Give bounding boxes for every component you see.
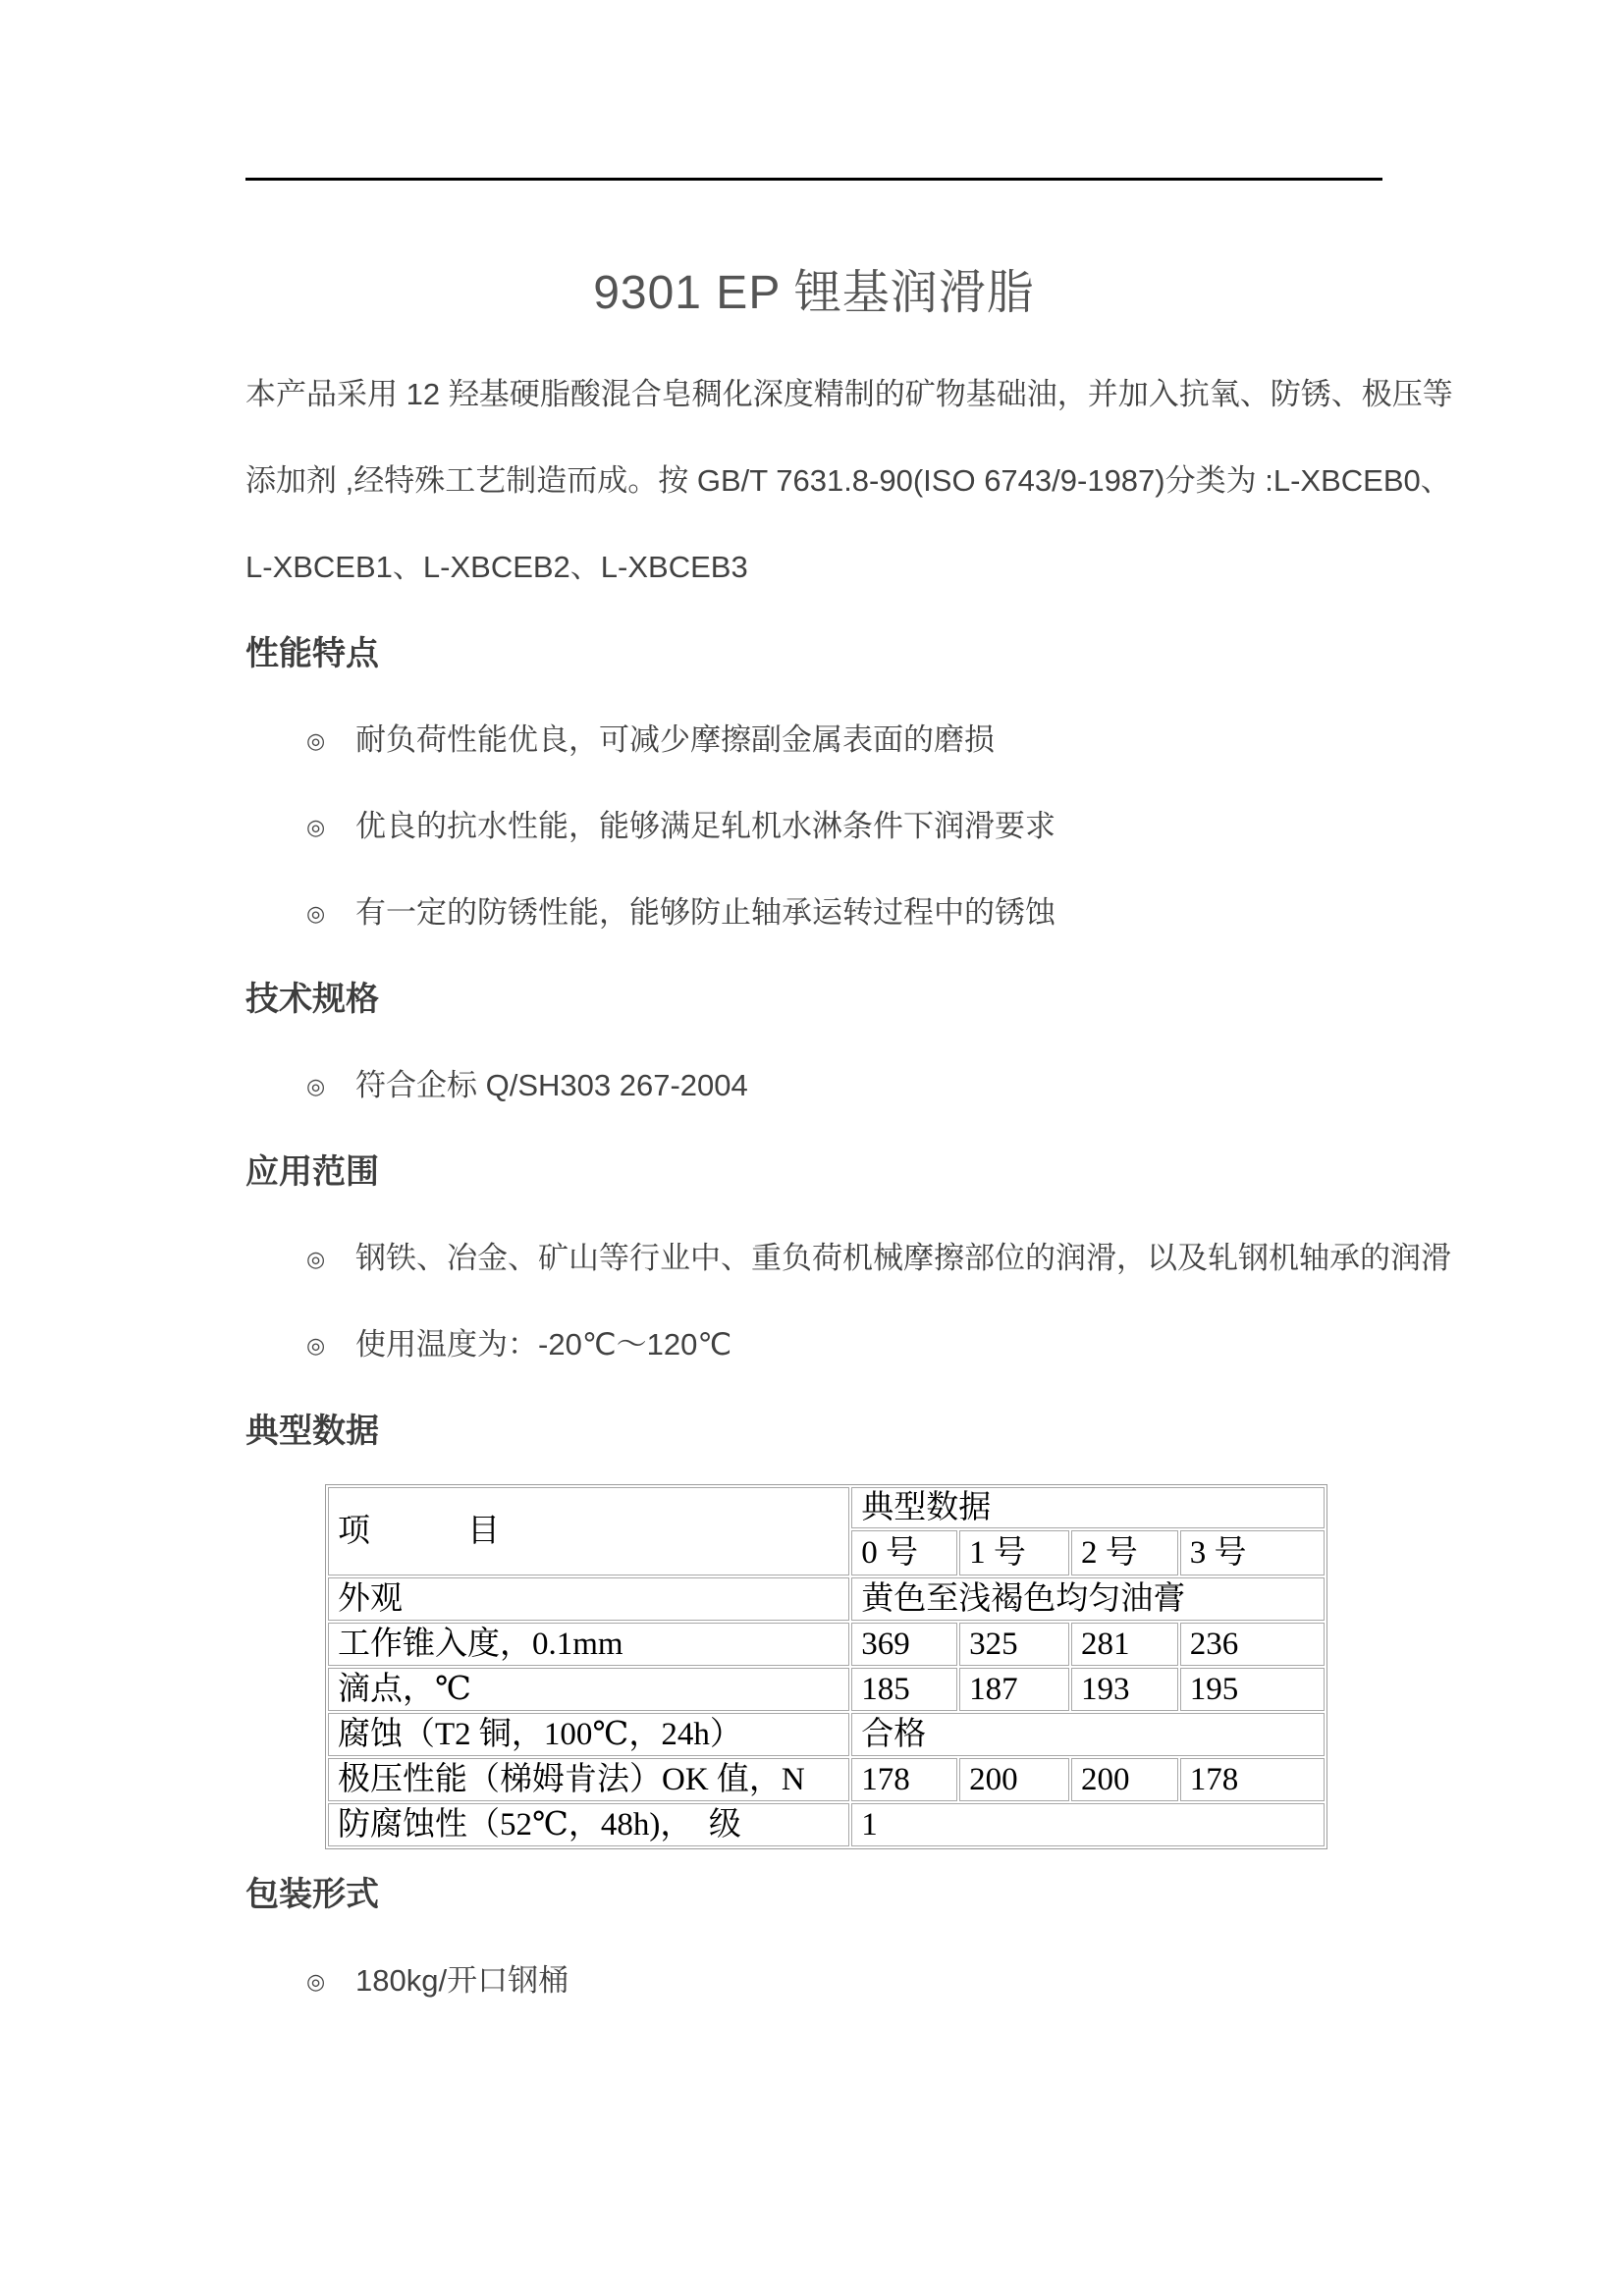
bullet-text: 优良的抗水性能，能够满足轧机水淋条件下润滑要求 xyxy=(355,809,1056,843)
row-label-cell: 滴点，℃ xyxy=(328,1668,849,1711)
span-value-cell: 1 xyxy=(851,1803,1325,1846)
bullet-text: 使用温度为：-20℃～120℃ xyxy=(355,1327,731,1362)
section-heading-spec: 技术规格 xyxy=(245,956,1382,1042)
typical-data-table: 项 目 典型数据 0 号 1 号 2 号 3 号 外观 黄色至浅褐色均匀油膏 工… xyxy=(325,1484,1327,1849)
group-header-cell: 典型数据 xyxy=(851,1487,1325,1528)
bullet-text: 有一定的防锈性能，能够防止轴承运转过程中的锈蚀 xyxy=(355,895,1056,930)
table-row: 外观 黄色至浅褐色均匀油膏 xyxy=(328,1577,1325,1621)
section-heading-typical-data: 典型数据 xyxy=(245,1388,1382,1474)
grade-header-cell: 1 号 xyxy=(959,1530,1069,1575)
grade-header-cell: 0 号 xyxy=(851,1530,957,1575)
section-heading-performance: 性能特点 xyxy=(245,611,1382,697)
bullet-item: ◎ 优良的抗水性能，能够满足轧机水淋条件下润滑要求 xyxy=(245,783,1382,870)
value-cell: 187 xyxy=(959,1668,1069,1711)
value-cell: 200 xyxy=(959,1758,1069,1801)
bullet-text: 符合企标 Q/SH303 267-2004 xyxy=(355,1068,748,1102)
value-cell: 325 xyxy=(959,1623,1069,1666)
value-cell: 178 xyxy=(851,1758,957,1801)
bullseye-bullet-icon: ◎ xyxy=(306,698,325,784)
table-row: 极压性能（梯姆肯法）OK 值，N 178 200 200 178 xyxy=(328,1758,1325,1801)
intro-paragraph: 本产品采用 12 羟基硬脂酸混合皂稠化深度精制的矿物基础油，并加入抗氧、防锈、极… xyxy=(245,351,1382,611)
bullet-item: ◎ 耐负荷性能优良，可减少摩擦副金属表面的磨损 xyxy=(245,697,1382,783)
header-rule xyxy=(245,178,1382,181)
item-header-cell: 项 目 xyxy=(328,1487,849,1575)
bullseye-bullet-icon: ◎ xyxy=(306,1303,325,1389)
row-label-cell: 外观 xyxy=(328,1577,849,1621)
document-page: 9301 EP 锂基润滑脂 本产品采用 12 羟基硬脂酸混合皂稠化深度精制的矿物… xyxy=(0,0,1624,2296)
value-cell: 178 xyxy=(1180,1758,1325,1801)
section-heading-application: 应用范围 xyxy=(245,1129,1382,1215)
table-row: 工作锥入度，0.1mm 369 325 281 236 xyxy=(328,1623,1325,1666)
row-label-cell: 工作锥入度，0.1mm xyxy=(328,1623,849,1666)
value-cell: 236 xyxy=(1180,1623,1325,1666)
value-cell: 195 xyxy=(1180,1668,1325,1711)
span-value-cell: 黄色至浅褐色均匀油膏 xyxy=(851,1577,1325,1621)
table-row: 腐蚀（T2 铜，100℃，24h） 合格 xyxy=(328,1713,1325,1756)
bullseye-bullet-icon: ◎ xyxy=(306,871,325,957)
bullet-text: 180kg/开口钢桶 xyxy=(355,1963,568,1998)
row-label-cell: 极压性能（梯姆肯法）OK 值，N xyxy=(328,1758,849,1801)
bullseye-bullet-icon: ◎ xyxy=(306,784,325,871)
bullseye-bullet-icon: ◎ xyxy=(306,1216,325,1303)
table-row: 防腐蚀性（52℃，48h)， 级 1 xyxy=(328,1803,1325,1846)
intro-line: 本产品采用 12 羟基硬脂酸混合皂稠化深度精制的矿物基础油，并加入抗氧、防锈、极… xyxy=(245,351,1382,438)
value-cell: 281 xyxy=(1071,1623,1178,1666)
value-cell: 193 xyxy=(1071,1668,1178,1711)
bullet-text: 钢铁、冶金、矿山等行业中、重负荷机械摩擦部位的润滑，以及轧钢机轴承的润滑 xyxy=(355,1241,1451,1275)
bullet-text: 耐负荷性能优良，可减少摩擦副金属表面的磨损 xyxy=(355,722,995,757)
bullet-item: ◎ 符合企标 Q/SH303 267-2004 xyxy=(245,1042,1382,1129)
document-content: 9301 EP 锂基润滑脂 本产品采用 12 羟基硬脂酸混合皂稠化深度精制的矿物… xyxy=(245,178,1382,2024)
bullet-item: ◎ 使用温度为：-20℃～120℃ xyxy=(245,1302,1382,1388)
intro-line: 添加剂 ,经特殊工艺制造而成。按 GB/T 7631.8-90(ISO 6743… xyxy=(245,438,1382,524)
value-cell: 200 xyxy=(1071,1758,1178,1801)
grade-header-cell: 2 号 xyxy=(1071,1530,1178,1575)
bullet-item: ◎ 钢铁、冶金、矿山等行业中、重负荷机械摩擦部位的润滑，以及轧钢机轴承的润滑 xyxy=(245,1215,1382,1302)
row-label-cell: 防腐蚀性（52℃，48h)， 级 xyxy=(328,1803,849,1846)
table-row: 滴点，℃ 185 187 193 195 xyxy=(328,1668,1325,1711)
value-cell: 369 xyxy=(851,1623,957,1666)
bullet-item: ◎ 有一定的防锈性能，能够防止轴承运转过程中的锈蚀 xyxy=(245,870,1382,956)
bullseye-bullet-icon: ◎ xyxy=(306,1043,325,1130)
value-cell: 185 xyxy=(851,1668,957,1711)
bullet-item: ◎ 180kg/开口钢桶 xyxy=(245,1938,1382,2024)
intro-line: L-XBCEB1、L-XBCEB2、L-XBCEB3 xyxy=(245,524,1382,611)
bullseye-bullet-icon: ◎ xyxy=(306,1939,325,2025)
section-heading-packaging: 包装形式 xyxy=(245,1851,1382,1938)
grade-header-cell: 3 号 xyxy=(1180,1530,1325,1575)
page-title: 9301 EP 锂基润滑脂 xyxy=(245,257,1382,330)
row-label-cell: 腐蚀（T2 铜，100℃，24h） xyxy=(328,1713,849,1756)
span-value-cell: 合格 xyxy=(851,1713,1325,1756)
